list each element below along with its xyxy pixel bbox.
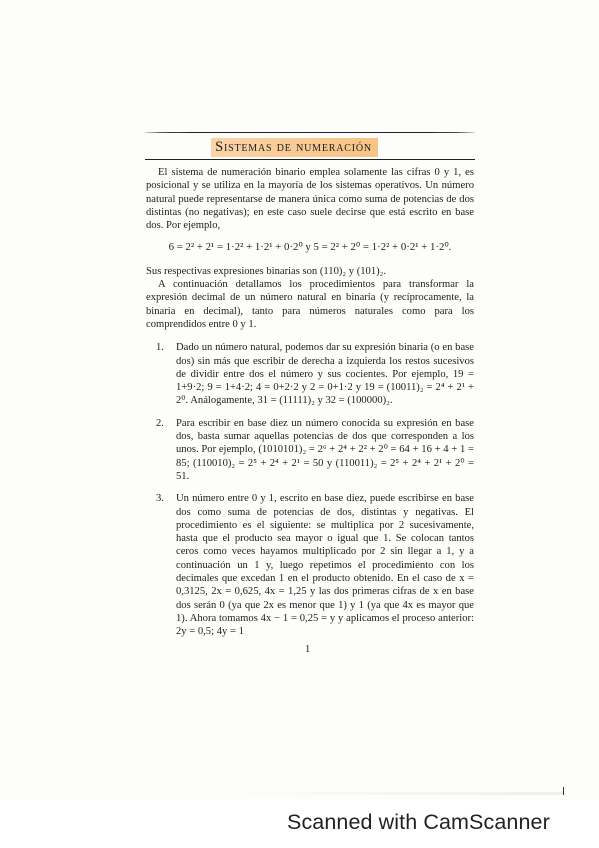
document-body: El sistema de numeración binario emplea … xyxy=(146,166,474,648)
section-title: Sistemas de numeración xyxy=(211,138,378,157)
page-number: 1 xyxy=(305,644,310,655)
page-bottom-edge xyxy=(210,792,565,795)
list-item: 2. Para escribir en base diez un número … xyxy=(156,417,474,483)
page-corner-mark xyxy=(563,787,564,795)
list-item-text: Para escribir en base diez un número con… xyxy=(176,418,474,482)
example-formula: 6 = 2² + 2¹ = 1·2² + 1·2¹ + 0·2⁰ y 5 = 2… xyxy=(146,241,474,254)
list-item-text: Dado un número natural, podemos dar su e… xyxy=(176,342,474,406)
procedure-list: 1. Dado un número natural, podemos dar s… xyxy=(146,341,474,638)
scanned-page: Sistemas de numeración El sistema de num… xyxy=(0,0,599,800)
list-item-text: Un número entre 0 y 1, escrito en base d… xyxy=(176,493,474,637)
list-item-number: 2. xyxy=(156,417,164,430)
list-item: 3. Un número entre 0 y 1, escrito en bas… xyxy=(156,492,474,638)
title-rule-top xyxy=(145,132,475,133)
continuation-paragraph: A continuación detallamos los procedimie… xyxy=(146,278,474,331)
list-item-number: 3. xyxy=(156,492,164,505)
list-item-number: 1. xyxy=(156,341,164,354)
camscanner-watermark: Scanned with CamScanner xyxy=(287,810,550,835)
title-container: Sistemas de numeración xyxy=(0,136,599,157)
intro-paragraph: El sistema de numeración binario emplea … xyxy=(146,166,474,232)
list-item: 1. Dado un número natural, podemos dar s… xyxy=(156,341,474,407)
title-rule-bottom xyxy=(145,159,475,160)
binary-expression-paragraph: Sus respectivas expresiones binarias son… xyxy=(146,265,474,278)
